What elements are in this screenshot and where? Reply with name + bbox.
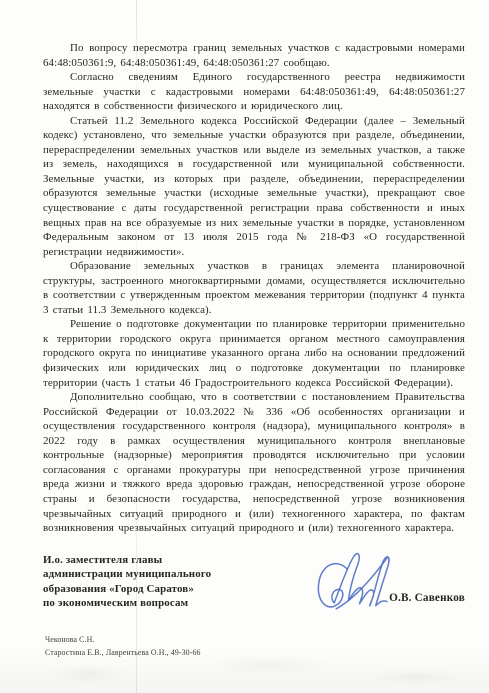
handwritten-signature-icon <box>308 547 406 623</box>
letter-paragraph: По вопросу пересмотра границ земельных у… <box>43 41 465 70</box>
letter-body: По вопросу пересмотра границ земельных у… <box>43 41 465 536</box>
executor-contacts: Старостина Е.В., Лаврентьева О.Н., 49-30… <box>45 647 201 660</box>
signature-block: И.о. заместителя главыадминистрации муни… <box>43 553 293 610</box>
signer-name: О.В. Савенков <box>389 592 465 604</box>
signer-position-line: образования «Город Саратов» <box>43 582 293 596</box>
executor-footer: Чеконова С.Н. Старостина Е.В., Лаврентье… <box>45 634 201 659</box>
letter-paragraph: Дополнительно сообщаю, что в соответстви… <box>43 390 465 535</box>
letter-paragraph: Решение о подготовке документации по пла… <box>43 317 465 390</box>
signer-position-line: администрации муниципального <box>43 567 293 581</box>
signer-position-line: по экономическим вопросам <box>43 596 293 610</box>
executor-name: Чеконова С.Н. <box>45 634 201 647</box>
letter-paragraph: Образование земельных участков в граница… <box>43 259 465 317</box>
letter-paragraph: Статьей 11.2 Земельного кодекса Российск… <box>43 114 465 259</box>
signer-position-line: И.о. заместителя главы <box>43 553 293 567</box>
scanned-letter-page: По вопросу пересмотра границ земельных у… <box>0 0 489 693</box>
letter-paragraph: Согласно сведениям Единого государственн… <box>43 70 465 114</box>
